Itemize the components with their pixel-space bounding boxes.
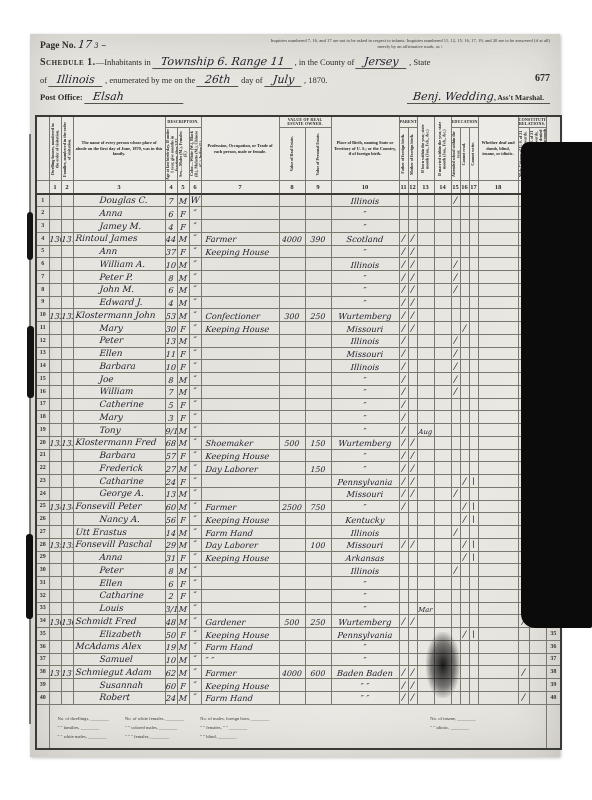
cell-c13	[417, 564, 435, 577]
cell-dw	[49, 475, 62, 488]
cell-pers	[305, 245, 332, 258]
cell-occ	[201, 589, 280, 602]
cell-fam	[61, 220, 74, 233]
cell-name: Jamey M.	[73, 220, 166, 233]
cell-line-no-right: 37	[546, 653, 561, 666]
cell-c20	[529, 679, 547, 692]
cell-age: 3	[165, 411, 178, 424]
table-row: 25134134Fonsevill Peter60M″Farmer2500750…	[36, 500, 561, 513]
cell-birth: Illinois	[331, 334, 400, 347]
footer-block-foreign: No. of males, foreign born, ________ ″ ″…	[200, 715, 269, 741]
cell-c13	[417, 462, 435, 475]
col-header-families: Families, numbered in the order of visit…	[61, 116, 73, 181]
cell-occ	[201, 475, 280, 488]
cell-dw	[49, 487, 62, 500]
cell-col: ″	[189, 283, 202, 296]
cell-pers	[305, 577, 332, 590]
cell-birth: ″	[331, 449, 400, 462]
cell-pers	[305, 589, 332, 602]
cell-age: 10	[165, 360, 178, 373]
marshal-signature: Benj. Wedding	[413, 90, 495, 103]
cell-dw: 136	[49, 615, 62, 628]
cell-line-no-left: 7	[36, 271, 49, 284]
post-office-value: Elsah	[84, 90, 184, 104]
cell-c14	[434, 589, 452, 602]
cell-pers	[305, 411, 332, 424]
cell-name: Nancy A.	[73, 513, 166, 526]
cell-c14	[434, 309, 452, 322]
group-header-education: Education.	[451, 116, 478, 128]
cell-c18	[478, 564, 519, 577]
cell-age: 27	[165, 462, 178, 475]
cell-dw: 133	[49, 436, 62, 449]
cell-dw	[49, 258, 62, 271]
cell-dw	[49, 220, 62, 233]
cell-line-no-right: 39	[546, 679, 561, 692]
cell-pers: 150	[305, 436, 332, 449]
cell-fam	[61, 449, 74, 462]
cell-real	[279, 398, 306, 411]
cell-real: 500	[279, 436, 306, 449]
cell-occ	[201, 194, 280, 207]
table-row: 32Catharine2F″″32	[36, 589, 561, 602]
cell-c13	[417, 385, 435, 398]
cell-fam: 134	[61, 500, 74, 513]
cell-sex: F	[177, 475, 190, 488]
cell-occ: Confectioner	[201, 309, 280, 322]
cell-birth: ″	[331, 271, 400, 284]
cell-c13	[417, 551, 435, 564]
cell-name: Ellen	[73, 347, 166, 360]
cell-line-no-left: 29	[36, 551, 49, 564]
cell-c20	[529, 691, 547, 704]
cell-real	[279, 691, 306, 704]
cell-line-no-left: 26	[36, 513, 49, 526]
cell-fam	[61, 551, 74, 564]
cell-col: ″	[189, 538, 202, 551]
cell-col: ″	[189, 322, 202, 335]
cell-real	[279, 577, 306, 590]
cell-c13	[417, 436, 435, 449]
cell-name: Peter	[73, 564, 166, 577]
cell-age: 3/12	[165, 602, 178, 615]
cell-occ	[201, 602, 280, 615]
cell-occ	[201, 564, 280, 577]
cell-birth: Wurtemberg	[331, 309, 400, 322]
cell-dw	[49, 462, 62, 475]
cell-c13	[417, 258, 435, 271]
census-page-scan: Page No. 17 3 ~ Inquiries numbered 7, 16…	[30, 34, 560, 757]
cell-occ: Keeping House	[201, 245, 280, 258]
cell-dw	[49, 398, 62, 411]
cell-line-no-left: 12	[36, 334, 49, 347]
cell-c18	[478, 271, 519, 284]
cell-dw: 135	[49, 538, 62, 551]
cell-fam	[61, 373, 74, 386]
cell-c14	[434, 564, 452, 577]
table-row: 6William A.10M″Illinois///6	[36, 258, 561, 271]
screenshot-root: { "page": { "page_no_label": "Page No.",…	[0, 0, 592, 800]
cell-c18	[478, 602, 519, 615]
cell-sex: F	[177, 411, 190, 424]
cell-birth: ″	[331, 398, 400, 411]
cell-name: Ann	[73, 245, 166, 258]
cell-fam	[61, 653, 74, 666]
cell-c13	[417, 283, 435, 296]
cell-dw	[49, 526, 62, 539]
col-header-birthplace: Place of Birth, naming State or Territor…	[331, 116, 399, 181]
cell-sex: M	[177, 424, 190, 437]
cell-name: Barbara	[73, 360, 166, 373]
cell-real	[279, 628, 306, 641]
cell-real	[279, 526, 306, 539]
col-header-color: Color.—White (W.), Black (B.), Mulatto (…	[189, 128, 201, 181]
cell-c18	[478, 334, 519, 347]
cell-sex: F	[177, 360, 190, 373]
cell-real: 4000	[279, 232, 306, 245]
cell-fam: 132	[61, 309, 74, 322]
table-row: 20133133Klostermann Fred68M″Shoemaker500…	[36, 436, 561, 449]
cell-c13	[417, 589, 435, 602]
cell-name: Susannah	[73, 679, 166, 692]
cell-col: ″	[189, 271, 202, 284]
cell-c14	[434, 194, 452, 207]
cell-age: 60	[165, 500, 178, 513]
page-no-value: 17	[77, 38, 92, 51]
cell-sex: M	[177, 271, 190, 284]
cell-sex: M	[177, 296, 190, 309]
ink-smudge	[426, 632, 460, 698]
cell-fam: 133	[61, 436, 74, 449]
cell-occ: Keeping House	[201, 551, 280, 564]
cell-c20	[529, 653, 547, 666]
cell-real	[279, 424, 306, 437]
cell-occ: Farm Hand	[201, 640, 280, 653]
column-number: 11	[399, 181, 408, 195]
cell-c18	[478, 258, 519, 271]
cell-dw	[49, 628, 62, 641]
cell-line-no-left: 4	[36, 232, 49, 245]
cell-c18	[478, 666, 519, 679]
cell-name: Ellen	[73, 577, 166, 590]
cell-line-no-left: 15	[36, 373, 49, 386]
cell-c14	[434, 577, 452, 590]
cell-age: 37	[165, 245, 178, 258]
cell-pers	[305, 360, 332, 373]
cell-dw	[49, 283, 62, 296]
cell-c18	[478, 373, 519, 386]
cell-sex: M	[177, 691, 190, 704]
cell-c14	[434, 500, 452, 513]
cell-line-no-left: 30	[36, 564, 49, 577]
cell-sex: M	[177, 334, 190, 347]
cell-col: W	[189, 194, 202, 207]
cell-pers	[305, 628, 332, 641]
page-no-marks: 3 ~	[94, 42, 107, 50]
table-row: 35Elizabeth50F″Keeping HousePennsylvania…	[36, 628, 561, 641]
cell-sex: M	[177, 538, 190, 551]
cell-pers	[305, 640, 332, 653]
column-number: 13	[417, 181, 434, 195]
cell-col: ″	[189, 691, 202, 704]
table-row: 24George A.13M″Missouri///24	[36, 487, 561, 500]
cell-fam	[61, 679, 74, 692]
cell-real	[279, 207, 306, 220]
cell-occ: Farm Hand	[201, 526, 280, 539]
cell-sex: M	[177, 436, 190, 449]
fine-print-line2: merely by an affirmative mark, as /.	[378, 44, 444, 49]
cell-real	[279, 194, 306, 207]
cell-line-no-left: 34	[36, 615, 49, 628]
cell-c14	[434, 424, 452, 437]
cell-c18	[478, 691, 519, 704]
cell-name: Anna	[73, 551, 166, 564]
cell-age: 19	[165, 640, 178, 653]
cell-occ	[201, 360, 280, 373]
cell-birth: Wurtemberg	[331, 436, 400, 449]
cell-line-no-left: 20	[36, 436, 49, 449]
cell-sex: M	[177, 487, 190, 500]
table-row: 17Catherine5F″″/17	[36, 398, 561, 411]
line-no-gutter	[36, 181, 49, 195]
cell-name: Fonsevill Peter	[73, 500, 166, 513]
cell-c18	[478, 309, 519, 322]
cell-fam	[61, 577, 74, 590]
cell-c14	[434, 207, 452, 220]
cell-dw	[49, 194, 62, 207]
cell-sex: M	[177, 564, 190, 577]
cell-occ	[201, 385, 280, 398]
cell-line-no-left: 35	[36, 628, 49, 641]
cell-c13	[417, 322, 435, 335]
column-number: 15	[451, 181, 460, 195]
marshal-signature-line: Benj. Wedding, Ass't Marshal.	[407, 90, 550, 104]
cell-line-no-left: 38	[36, 666, 49, 679]
cell-fam: 137	[61, 666, 74, 679]
cell-birth: ″	[331, 296, 400, 309]
schedule-label: Schedule 1.	[40, 57, 96, 68]
cell-real	[279, 296, 306, 309]
cell-line-no-left: 36	[36, 640, 49, 653]
day-value: 26th	[197, 73, 240, 87]
table-body: 1Douglas C.7MWIllinois/12Anna6F″″23Jamey…	[36, 194, 561, 704]
cell-birth: Wurtemberg	[331, 615, 400, 628]
cell-c13: Aug	[417, 424, 435, 437]
cell-line-no-left: 17	[36, 398, 49, 411]
cell-birth: ″ ″	[331, 691, 400, 704]
table-row: 2Anna6F″″2	[36, 207, 561, 220]
cell-col: ″	[189, 347, 202, 360]
cell-occ	[201, 296, 280, 309]
cell-pers	[305, 385, 332, 398]
cell-c18	[478, 360, 519, 373]
cell-line-no-left: 3	[36, 220, 49, 233]
cell-line-no-left: 8	[36, 283, 49, 296]
column-number: 14	[434, 181, 451, 195]
cell-fam	[61, 347, 74, 360]
cell-c20	[529, 628, 547, 641]
cell-fam	[61, 424, 74, 437]
cell-fam	[61, 526, 74, 539]
cell-c13	[417, 347, 435, 360]
cell-real	[279, 679, 306, 692]
cell-line-no-left: 40	[36, 691, 49, 704]
cell-real: 300	[279, 309, 306, 322]
cell-pers	[305, 449, 332, 462]
cell-pers: 390	[305, 232, 332, 245]
cell-c13	[417, 373, 435, 386]
cell-sex: F	[177, 679, 190, 692]
cell-age: 56	[165, 513, 178, 526]
cell-fam	[61, 271, 74, 284]
cell-c14	[434, 271, 452, 284]
table-row: 18Mary3F″″/18	[36, 411, 561, 424]
cell-sex: F	[177, 207, 190, 220]
schedule-text: —Inhabitants in	[96, 57, 151, 67]
cell-name: Louis	[73, 602, 166, 615]
cell-occ	[201, 347, 280, 360]
col-header-age: Age at last birth-day. If under 1 year, …	[165, 128, 177, 181]
scan-ink-blot	[27, 212, 33, 260]
cell-fam	[61, 385, 74, 398]
cell-line-no-left: 14	[36, 360, 49, 373]
cell-sex: F	[177, 347, 190, 360]
scan-black-band	[521, 142, 592, 628]
cell-age: 13	[165, 334, 178, 347]
cell-pers	[305, 513, 332, 526]
cell-fam	[61, 411, 74, 424]
cell-dw	[49, 589, 62, 602]
cell-name: Schmidt Fred	[73, 615, 166, 628]
column-number: 1	[49, 181, 61, 195]
table-row: 7Peter P.8M″″///7	[36, 271, 561, 284]
page-header: Page No. 17 3 ~ Inquiries numbered 7, 16…	[40, 38, 550, 114]
table-row: 27Utt Erastus14M″Farm HandIllinois/27	[36, 526, 561, 539]
cell-c18	[478, 449, 519, 462]
cell-dw	[49, 334, 62, 347]
cell-birth: Illinois	[331, 564, 400, 577]
cell-birth: ″	[331, 424, 400, 437]
cell-name: Klostermann Fred	[73, 436, 166, 449]
cell-dw	[49, 679, 62, 692]
cell-line-no-left: 33	[36, 602, 49, 615]
cell-c18	[478, 194, 519, 207]
cell-real	[279, 245, 306, 258]
column-number: 16	[460, 181, 469, 195]
cell-real	[279, 475, 306, 488]
cell-col: ″	[189, 296, 202, 309]
cell-sex: F	[177, 245, 190, 258]
cell-sex: F	[177, 398, 190, 411]
cell-occ	[201, 207, 280, 220]
cell-col: ″	[189, 411, 202, 424]
cell-pers	[305, 564, 332, 577]
cell-line-no-left: 39	[36, 679, 49, 692]
cell-name: Utt Erastus	[73, 526, 166, 539]
cell-c13	[417, 526, 435, 539]
of-label: of	[40, 75, 47, 85]
cell-real	[279, 220, 306, 233]
table-footer: No. of dwellings, ________ ″ ″ families,…	[36, 704, 561, 749]
cell-dw	[49, 640, 62, 653]
cell-c13	[417, 309, 435, 322]
cell-occ	[201, 424, 280, 437]
cell-line-no-left: 37	[36, 653, 49, 666]
cell-col: ″	[189, 589, 202, 602]
cell-c13	[417, 538, 435, 551]
cell-c18	[478, 245, 519, 258]
cell-age: 57	[165, 449, 178, 462]
table-row: 22Frederick27M″Day Laborer150″///22	[36, 462, 561, 475]
cell-occ: Keeping House	[201, 449, 280, 462]
cell-dw	[49, 271, 62, 284]
cell-age: 13	[165, 487, 178, 500]
cell-dw	[49, 602, 62, 615]
cell-col: ″	[189, 373, 202, 386]
cell-name: Fonsevill Paschal	[73, 538, 166, 551]
cell-c20	[529, 640, 547, 653]
cell-birth: ″	[331, 411, 400, 424]
cell-pers	[305, 322, 332, 335]
cell-real	[279, 258, 306, 271]
table-row: 15Joe8M″″//15	[36, 373, 561, 386]
cell-fam	[61, 640, 74, 653]
cell-sex: F	[177, 322, 190, 335]
cell-pers	[305, 373, 332, 386]
cell-col: ″	[189, 628, 202, 641]
cell-name: Klostermann John	[73, 309, 166, 322]
cell-c14	[434, 449, 452, 462]
cell-col: ″	[189, 551, 202, 564]
cell-line-no-left: 21	[36, 449, 49, 462]
column-number: 10	[331, 181, 399, 195]
cell-c14	[434, 296, 452, 309]
cell-age: 8	[165, 271, 178, 284]
cell-occ: Farmer	[201, 500, 280, 513]
cell-occ: Day Laborer	[201, 462, 280, 475]
cell-col: ″	[189, 653, 202, 666]
cell-c14	[434, 258, 452, 271]
footer-block-dwellings: No. of dwellings, ________ ″ ″ families,…	[58, 715, 109, 741]
col-header-real-estate: Value of Real Estate.	[279, 128, 305, 181]
enumerated-label: , enumerated by me on the	[105, 75, 195, 85]
cell-col: ″	[189, 475, 202, 488]
table-row: 31Ellen6F″″31	[36, 577, 561, 590]
cell-col: ″	[189, 513, 202, 526]
cell-real	[279, 373, 306, 386]
cell-line-no-left: 5	[36, 245, 49, 258]
cell-c13	[417, 232, 435, 245]
cell-birth: ″	[331, 220, 400, 233]
table-row: 21Barbara57F″Keeping House″//21	[36, 449, 561, 462]
cell-col: ″	[189, 220, 202, 233]
cell-c14	[434, 334, 452, 347]
cell-age: 10	[165, 258, 178, 271]
cell-fam	[61, 487, 74, 500]
cell-fam	[61, 245, 74, 258]
cell-col: ″	[189, 449, 202, 462]
cell-name: Samuel	[73, 653, 166, 666]
cell-birth: Illinois	[331, 258, 400, 271]
cell-sex: M	[177, 258, 190, 271]
cell-name: Peter	[73, 334, 166, 347]
footer-block-insane: No. of insane, ________ ″ ″ idiotic, ___…	[430, 715, 475, 741]
cell-sex: M	[177, 666, 190, 679]
col-header-mother-foreign: Mother of foreign birth.	[408, 128, 417, 181]
col-header-attended-school: Attended school within the year.	[451, 128, 460, 181]
cell-real	[279, 653, 306, 666]
cell-age: 48	[165, 615, 178, 628]
